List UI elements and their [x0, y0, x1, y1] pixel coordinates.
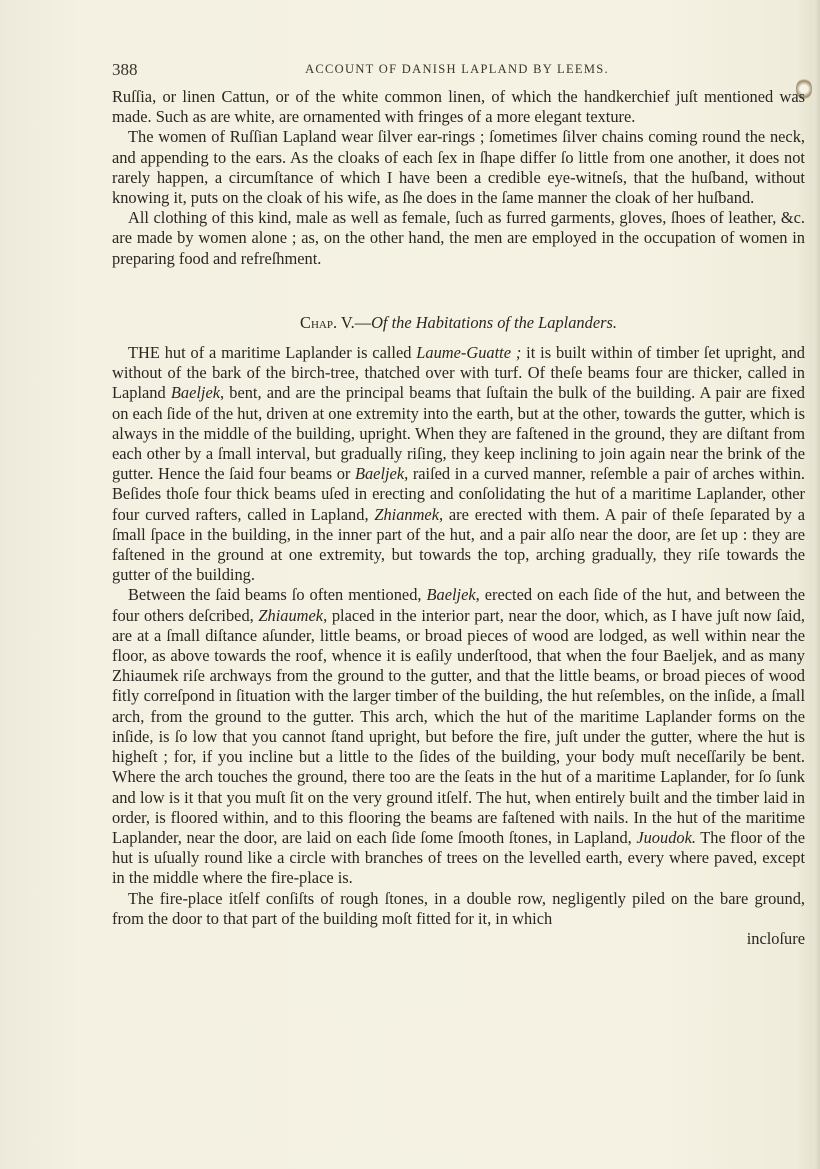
running-head: ACCOUNT OF DANISH LAPLAND BY LEEMS.: [112, 62, 802, 77]
text-run: Between the ſaid beams ſo often mentione…: [128, 585, 427, 604]
chapter-dash: —: [355, 313, 371, 332]
italic-term: Juoudok.: [636, 828, 696, 847]
paragraph: All clothing of this kind, male as well …: [112, 208, 805, 269]
chapter-label: Chap. V.: [300, 313, 355, 332]
chapter-text: THE hut of a maritime Laplander is calle…: [112, 343, 805, 929]
paragraph: THE hut of a maritime Laplander is calle…: [112, 343, 805, 585]
italic-term: Baeljek: [171, 383, 220, 402]
italic-term: Baeljek: [355, 464, 404, 483]
paragraph: Ruſſia, or linen Cattun, or of the white…: [112, 87, 805, 127]
text-run: The fire-place itſelf conſiſts of rough …: [112, 889, 805, 928]
paragraph: Between the ſaid beams ſo often mentione…: [112, 585, 805, 888]
text-run: THE hut of a maritime Laplander is calle…: [128, 343, 416, 362]
page-edge: [814, 0, 820, 1169]
chapter-title: Of the Habitations of the Laplanders.: [371, 313, 617, 332]
italic-term: Zhianmek: [374, 505, 439, 524]
text-run: , placed in the interior part, near the …: [112, 606, 805, 847]
book-page: 388 ACCOUNT OF DANISH LAPLAND BY LEEMS. …: [0, 0, 820, 1169]
catchword: incloſure: [112, 929, 805, 949]
italic-term: Laume-Guatte ;: [416, 343, 521, 362]
page-body: Ruſſia, or linen Cattun, or of the white…: [112, 87, 805, 949]
paragraph: The fire-place itſelf conſiſts of rough …: [112, 889, 805, 929]
italic-term: Baeljek: [427, 585, 476, 604]
page-header: 388 ACCOUNT OF DANISH LAPLAND BY LEEMS.: [112, 60, 802, 84]
paragraph: The women of Ruſſian Lapland wear ſilver…: [112, 127, 805, 208]
italic-term: Zhiaumek: [258, 606, 323, 625]
chapter-heading: Chap. V.—Of the Habitations of the Lapla…: [112, 313, 805, 333]
